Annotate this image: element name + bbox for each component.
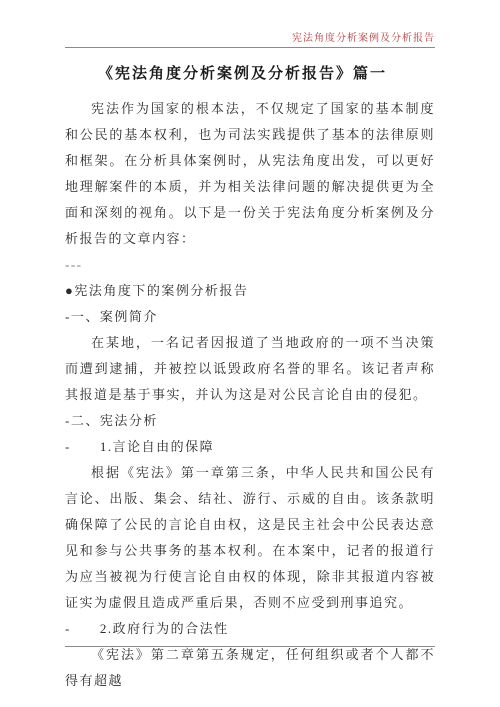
paragraph: - 2.政府行为的合法性 xyxy=(65,616,435,642)
page-number: 1 xyxy=(247,650,253,662)
paragraph: --- xyxy=(65,252,435,278)
document-title: 《宪法角度分析案例及分析报告》篇一 xyxy=(98,62,435,86)
paragraph: 宪法作为国家的根本法，不仅规定了国家的基本制度和公民的基本权利，也为司法实践提供… xyxy=(65,96,435,252)
header-title-text: 宪法角度分析案例及分析报告 xyxy=(292,33,435,44)
paragraph: 在某地，一名记者因报道了当地政府的一项不当决策而遭到逮捕，并被控以诋毁政府名誉的… xyxy=(65,330,435,408)
paragraph: -一、案例简介 xyxy=(65,304,435,330)
page-header: 宪法角度分析案例及分析报告 xyxy=(65,0,435,48)
paragraph: ●宪法角度下的案例分析报告 xyxy=(65,278,435,304)
paragraph: - 1.言论自由的保障 xyxy=(65,434,435,460)
document-content: 宪法角度分析案例及分析报告 《宪法角度分析案例及分析报告》篇一 宪法作为国家的根… xyxy=(65,0,435,694)
paragraph-list: 宪法作为国家的根本法，不仅规定了国家的基本制度和公民的基本权利，也为司法实践提供… xyxy=(65,96,435,694)
paragraph: -二、宪法分析 xyxy=(65,408,435,434)
document-page: 宪法角度分析案例及分析报告 《宪法角度分析案例及分析报告》篇一 宪法作为国家的根… xyxy=(0,0,500,707)
paragraph: 根据《宪法》第一章第三条，中华人民共和国公民有言论、出版、集会、结社、游行、示威… xyxy=(65,460,435,616)
page-footer: 1 xyxy=(65,646,435,663)
